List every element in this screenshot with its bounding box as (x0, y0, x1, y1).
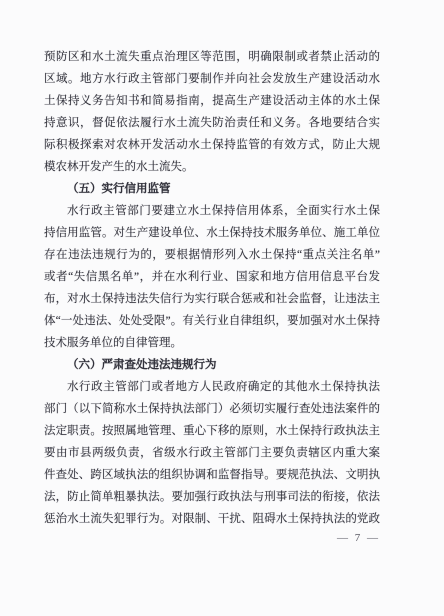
text-line: 要由市县两级负责，省级水行政主管部门主要负责辖区内重大案 (44, 442, 380, 464)
text-line: 或者“失信黑名单”，并在水利行业、国家和地方信用信息平台发 (44, 266, 380, 288)
text-line: 持意识，督促依法履行水土流失防治责任和义务。各地要结合实 (44, 112, 380, 134)
text-line: 法，防止简单粗暴执法。要加强行政执法与刑事司法的衔接，依法 (44, 486, 380, 508)
text-line: 区域。地方水行政主管部门要制作并向社会发放生产建设活动水 (44, 68, 380, 90)
document-page: 预防区和水土流失重点治理区等范围，明确限制或者禁止活动的 区域。地方水行政主管部… (0, 0, 444, 616)
text-line: 法定职责。按照属地管理、重心下移的原则，水土保持行政执法主 (44, 420, 380, 442)
section-heading-6: （六）严肃查处违法违规行为 (44, 354, 380, 376)
text-line: 件查处、跨区域执法的组织协调和监督指导。要规范执法、文明执 (44, 464, 380, 486)
text-line: 存在违法违规行为的，要根据情形列入水土保持“重点关注名单” (44, 244, 380, 266)
text-line: 惩治水土流失犯罪行为。对限制、干扰、阻碍水土保持执法的党政 (44, 508, 380, 530)
text-line: 部门（以下简称水土保持执法部门）必须切实履行查处违法案件的 (44, 398, 380, 420)
text-line: 技术服务单位的自律管理。 (44, 332, 380, 354)
text-line: 水行政主管部门或者地方人民政府确定的其他水土保持执法 (44, 376, 380, 398)
text-line: 水行政主管部门要建立水土保持信用体系，全面实行水土保 (44, 200, 380, 222)
text-line: 体“一处违法、处处受限”。有关行业自律组织，要加强对水土保持 (44, 310, 380, 332)
text-line: 模农林开发产生的水土流失。 (44, 156, 380, 178)
text-line: 持信用监管。对生产建设单位、水土保持技术服务单位、施工单位 (44, 222, 380, 244)
section-heading-5: （五）实行信用监管 (44, 178, 380, 200)
text-line: 际积极探索对农林开发活动水土保持监管的有效方式，防止大规 (44, 134, 380, 156)
document-body: 预防区和水土流失重点治理区等范围，明确限制或者禁止活动的 区域。地方水行政主管部… (44, 46, 380, 530)
text-line: 土保持义务告知书和简易指南，提高生产建设活动主体的水土保 (44, 90, 380, 112)
text-line: 布，对水土保持违法失信行为实行联合惩戒和社会监督，让违法主 (44, 288, 380, 310)
text-line: 预防区和水土流失重点治理区等范围，明确限制或者禁止活动的 (44, 46, 380, 68)
page-number: — 7 — (337, 531, 380, 545)
